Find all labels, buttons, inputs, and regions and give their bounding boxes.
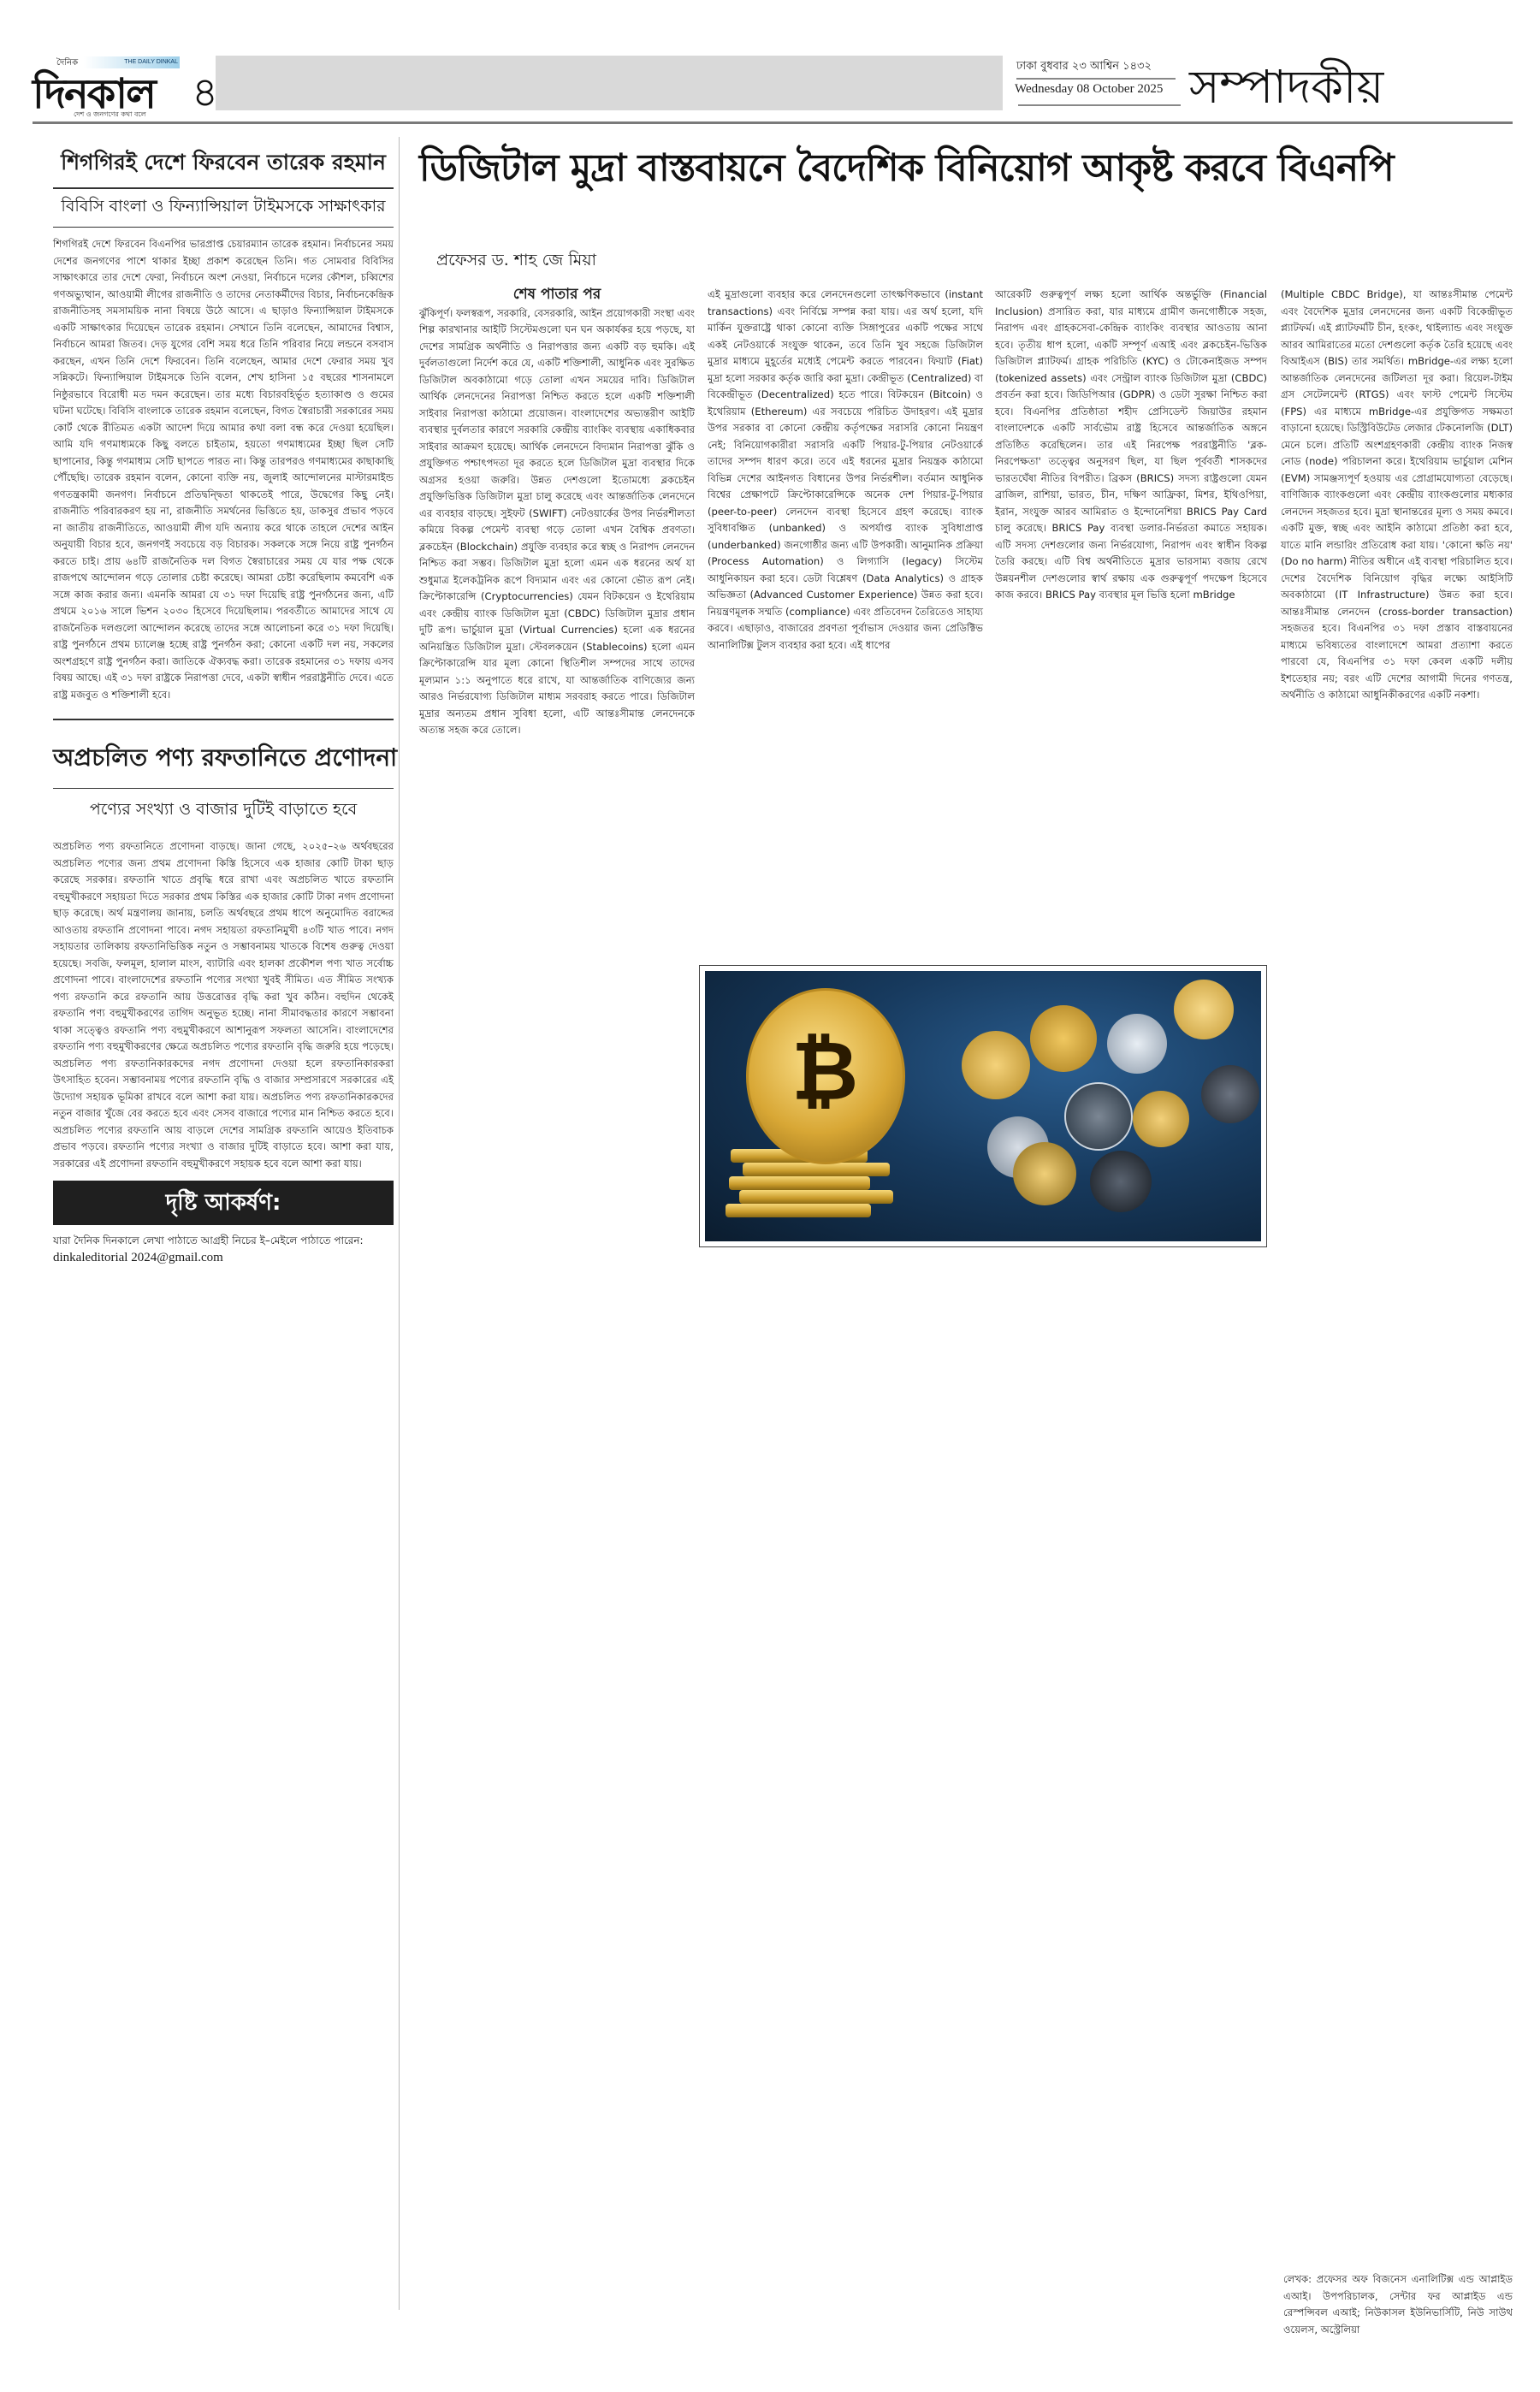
ethereum-coin-icon <box>1201 1065 1259 1123</box>
litecoin-coin-icon <box>1013 1142 1076 1205</box>
story-subheadline: পণ্যের সংখ্যা ও বাজার দুটিই বাড়াতে হবে <box>53 797 394 825</box>
litecoin-coin-icon <box>1133 1091 1189 1147</box>
article-text: ঝুঁকিপূর্ণ। ফলস্বরূপ, সরকারি, বেসরকারি, … <box>419 305 695 739</box>
story-headline[interactable]: শিগগিরই দেশে ফিরবেন তারেক রহমান <box>53 145 394 182</box>
page-number: ৪ <box>192 62 218 129</box>
continued-label: শেষ পাতার পর <box>419 287 695 304</box>
date-bangla: ঢাকা বুধবার ২৩ আশ্বিন ১৪৩২ <box>1016 58 1152 76</box>
article-text: আরেকটি গুরুত্বপূর্ণ লক্ষ্য হলো আর্থিক অন… <box>995 287 1267 604</box>
left-column: শিগগিরই দেশে ফিরবেন তারেক রহমান বিবিসি ব… <box>53 137 394 1266</box>
litecoin-coin-icon <box>962 1031 1030 1099</box>
email-link[interactable]: dinkaleditorial 2024@gmail.com <box>53 1251 223 1264</box>
masthead: দৈনিক THE DAILY DINKAL দিনকাল দেশ ও জনগণ… <box>33 51 1513 128</box>
article-text: এই মুদ্রাগুলো ব্যবহার করে লেনদেনগুলো তাৎ… <box>708 287 983 654</box>
article-text: (Multiple CBDC Bridge), যা আন্তঃসীমান্ত … <box>1281 287 1513 704</box>
coin-stack <box>743 1163 890 1176</box>
article-column-4: (Multiple CBDC Bridge), যা আন্তঃসীমান্ত … <box>1281 287 1513 704</box>
ethereum-coin-icon <box>1090 1151 1152 1212</box>
date-english: Wednesday 08 October 2025 <box>1015 82 1163 97</box>
article-photo[interactable]: ₿ <box>699 965 1267 1247</box>
submission-text: যারা দৈনিক দিনকালে লেখা পাঠাতে আগ্রহী নি… <box>53 1234 364 1246</box>
bitcoin-coin-icon: ₿ <box>746 988 905 1164</box>
divider <box>53 719 394 720</box>
litecoin-coin-icon <box>1174 980 1234 1039</box>
section-title: সম্পাদকীয় <box>1189 51 1383 128</box>
bitcoin-coin-icon <box>1030 1005 1097 1072</box>
submission-notice: যারা দৈনিক দিনকালে লেখা পাঠাতে আগ্রহী নি… <box>53 1232 394 1266</box>
article-column-2: এই মুদ্রাগুলো ব্যবহার করে লেনদেনগুলো তাৎ… <box>708 287 983 654</box>
story-body: শিগগিরই দেশে ফিরবেন বিএনপির ভারপ্রাপ্ত চ… <box>53 236 394 703</box>
article-byline: প্রফেসর ড. শাহ জে মিয়া <box>436 248 596 275</box>
coin-stack <box>726 1204 871 1217</box>
divider <box>1016 78 1176 80</box>
article-column-3: আরেকটি গুরুত্বপূর্ণ লক্ষ্য হলো আর্থিক অন… <box>995 287 1267 604</box>
ripple-coin-icon <box>1107 1014 1167 1074</box>
article-column-1: শেষ পাতার পর ঝুঁকিপূর্ণ। ফলস্বরূপ, সরকার… <box>419 287 695 739</box>
header-band <box>216 56 1003 110</box>
divider <box>53 227 394 228</box>
ripple-coin-icon <box>1064 1082 1133 1151</box>
crypto-coins-image: ₿ <box>705 971 1261 1241</box>
logo-tagline: দেশ ও জনগণের কথা বলে <box>74 110 146 121</box>
article-headline[interactable]: ডিজিটাল মুদ্রা বাস্তবায়নে বৈদেশিক বিনিয… <box>419 139 1497 202</box>
coin-stack <box>729 1176 870 1190</box>
divider <box>53 788 394 789</box>
story-subheadline: বিবিসি বাংলা ও ফিন্যান্সিয়াল টাইমসকে সা… <box>53 189 394 227</box>
story-headline[interactable]: অপ্রচলিত পণ্য রফতানিতে প্রণোদনা <box>53 739 394 779</box>
story-body: অপ্রচলিত পণ্য রফতানিতে প্রণোদনা বাড়ছে। … <box>53 838 394 1172</box>
coin-stack <box>739 1190 893 1204</box>
masthead-rule <box>33 121 1513 124</box>
newspaper-logo[interactable]: দৈনিক THE DAILY DINKAL দিনকাল দেশ ও জনগণ… <box>33 55 187 120</box>
author-note: লেখক: প্রফেসর অফ বিজনেস এনালিটিক্স এন্ড … <box>1283 2271 1513 2338</box>
attention-banner: দৃষ্টি আকর্ষণ: <box>53 1181 394 1225</box>
column-divider <box>399 137 400 2310</box>
divider <box>1018 104 1181 106</box>
